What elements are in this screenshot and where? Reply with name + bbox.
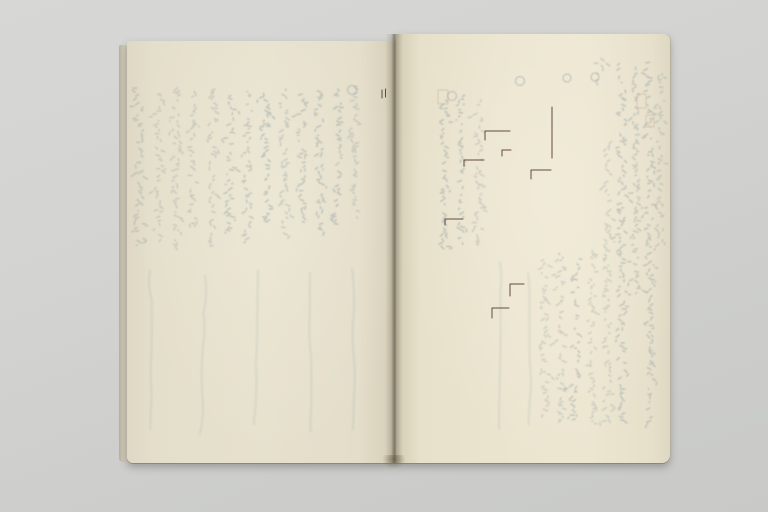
bleedthrough-streak <box>149 270 152 430</box>
bracket-connector <box>464 160 484 166</box>
bracket-connector <box>485 131 510 140</box>
bleedthrough-column <box>207 89 220 246</box>
bleedthrough-column <box>586 251 599 424</box>
bleedthrough-column <box>613 64 633 423</box>
bleedthrough-column <box>222 96 240 233</box>
bleedthrough-circle-mark <box>516 77 525 86</box>
bleedthrough-column <box>149 94 165 242</box>
bleedthrough-column <box>169 88 183 250</box>
bleedthrough-streak <box>528 272 531 425</box>
bleedthrough-layer <box>130 59 667 436</box>
bleedthrough-label-box <box>646 115 654 127</box>
bleedthrough-column <box>242 92 253 243</box>
bracket-connector <box>531 170 551 179</box>
ink-layer <box>0 0 768 512</box>
bleedthrough-column <box>348 86 361 218</box>
bleedthrough-column <box>468 100 487 245</box>
bleedthrough-streak <box>200 275 207 435</box>
photo-canvas <box>0 0 768 512</box>
bracket-connector <box>445 219 463 225</box>
bleedthrough-column <box>257 94 274 223</box>
bleedthrough-column <box>564 259 581 420</box>
bleedthrough-column <box>130 88 147 245</box>
bracket-connector <box>510 284 524 296</box>
bleedthrough-column <box>456 95 466 244</box>
bleedthrough-column <box>600 142 615 426</box>
bleedthrough-column <box>654 74 668 250</box>
bleedthrough-column <box>315 91 327 235</box>
bleedthrough-column <box>439 100 452 249</box>
bleedthrough-streak <box>352 268 355 430</box>
bleedthrough-column <box>292 94 308 222</box>
bleedthrough-column <box>539 260 554 417</box>
bleedthrough-column <box>550 253 567 422</box>
bleedthrough-streak <box>254 270 258 425</box>
bleedthrough-circle-mark <box>448 92 457 101</box>
bracket-connector <box>382 89 386 98</box>
bleedthrough-streak <box>309 272 311 432</box>
bracket-connectors-layer <box>382 89 552 318</box>
bleedthrough-circle-mark <box>348 86 357 95</box>
bleedthrough-label-box <box>637 94 646 108</box>
bleedthrough-circle-mark <box>591 73 599 81</box>
bleedthrough-column <box>187 92 199 227</box>
bleedthrough-column <box>331 89 344 224</box>
bleedthrough-column <box>642 62 658 427</box>
bleedthrough-column <box>279 89 294 239</box>
bleedthrough-circle-mark <box>563 74 571 82</box>
bleedthrough-streak <box>499 262 501 430</box>
bracket-connector <box>502 150 511 156</box>
